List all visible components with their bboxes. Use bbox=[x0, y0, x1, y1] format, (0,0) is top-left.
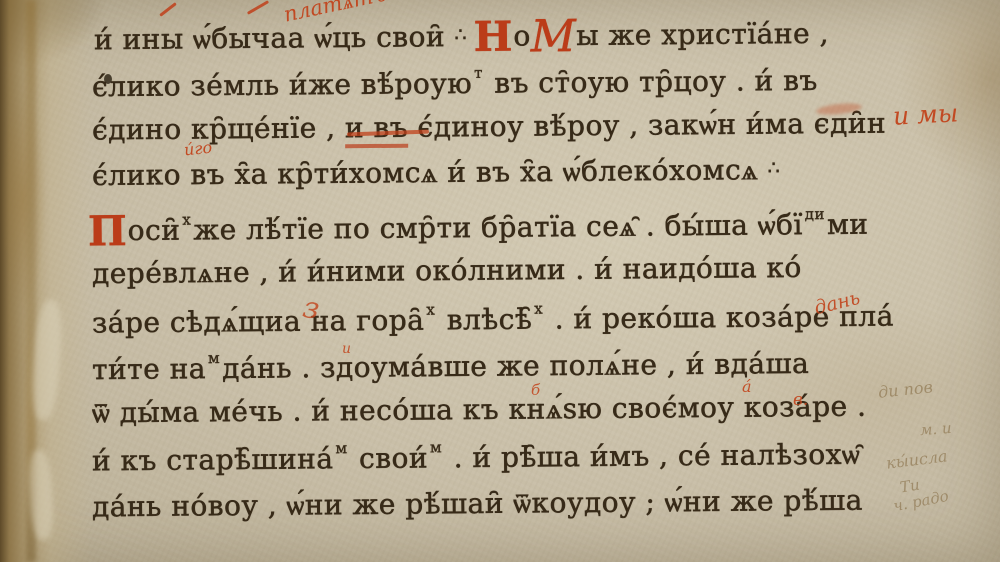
manuscript-photo: и́ ины ѡ́бычаа ѡ́ць свои̑ ∴ НоМы же хрис… bbox=[0, 0, 1000, 562]
manuscript-line-2: є́лико зе́мль и́же вѣ́роуют въ ст̑оую тр… bbox=[92, 61, 818, 103]
red-flourish-stroke bbox=[159, 2, 177, 17]
red-letter-mark: и bbox=[342, 341, 351, 357]
red-letter-mark: а́ bbox=[742, 377, 752, 396]
pen-trial-note: ди пов bbox=[877, 377, 933, 402]
line-3-segment-3: є́диноу вѣ́роу , закѡ́н и́ма єди̑н bbox=[408, 107, 886, 144]
line-10-segment-3: свои́ bbox=[350, 441, 429, 475]
line-8-segment-3: да́нь . здоума́вше же полѧ́не , и́ вда́ш… bbox=[222, 347, 809, 385]
manuscript-line-5: Поси̑хже лѣ́тїе по смр̑ти бр̑атїа сеѧ̑ .… bbox=[88, 205, 869, 253]
right-margin-red-gloss: и мы bbox=[892, 98, 959, 130]
line-1-segment-2: ∴ bbox=[454, 24, 473, 46]
manuscript-line-11: да́нь но́воу , ѡ́ни же рѣ́шаи̑ ѿкоудоу ;… bbox=[92, 484, 863, 525]
line-5-segment-4: же лѣ́тїе по смр̑ти бр̑атїа сеѧ̑ . бы́ша… bbox=[193, 208, 803, 246]
line-8-segment-1: ти́те на bbox=[92, 352, 206, 386]
line-8-segment-2: м bbox=[208, 349, 220, 367]
line-7-segment-1: за́ре сѣдѧ́щиа на гора̑ bbox=[92, 304, 425, 340]
line-1-segment-5: М bbox=[531, 11, 577, 62]
line-6-segment-1: дере́влѧне , и́ и́ними око́лними . и́ на… bbox=[92, 251, 802, 290]
line-1-segment-6: ы же христїа́не , bbox=[576, 17, 829, 52]
line-2-segment-2: т bbox=[474, 64, 483, 82]
line-10-segment-4: м bbox=[430, 438, 442, 456]
red-letter-mark: б bbox=[531, 381, 540, 399]
red-flourish-stroke bbox=[247, 0, 269, 15]
interlinear-red-gloss: и́го bbox=[183, 138, 213, 160]
manuscript-line-8: ти́те намда́нь . здоума́вше же полѧ́не ,… bbox=[92, 344, 810, 387]
line-4-segment-2: ∴ bbox=[767, 157, 780, 179]
red-letter-mark: в. bbox=[793, 390, 808, 410]
parchment-stain bbox=[0, 90, 46, 310]
line-10-segment-5: . и́ рѣ̑ша и́мъ , се́ налѣзохѡ̑ bbox=[444, 438, 860, 475]
line-2-segment-3: въ ст̑оую тр̑цоу . и́ въ bbox=[485, 64, 818, 100]
line-4-segment-1: є́лико въ х̑а кр̑ти́хомсѧ и́ въ х̑а ѡ́бл… bbox=[92, 153, 768, 192]
line-7-segment-4: х bbox=[534, 300, 543, 318]
manuscript-line-10: и́ къ старѣ̑шина́м свои́м . и́ рѣ̑ша и́м… bbox=[92, 435, 861, 479]
line-3-segment-1: є́дино кр̑ще́нїе , bbox=[92, 111, 345, 146]
manuscript-line-6: дере́влѧне , и́ и́ними око́лними . и́ на… bbox=[92, 251, 802, 291]
line-1-segment-3: Н bbox=[473, 13, 513, 61]
line-5-segment-1: П bbox=[88, 207, 128, 255]
line-5-segment-5: ди bbox=[805, 205, 825, 223]
line-1-segment-4: о bbox=[513, 19, 531, 52]
manuscript-line-4: є́лико въ х̑а кр̑ти́хомсѧ и́ въ х̑а ѡ́бл… bbox=[92, 153, 780, 193]
line-3-segment-2: и въ bbox=[345, 111, 408, 149]
line-11-segment-1: да́нь но́воу , ѡ́ни же рѣ́шаи̑ ѿкоудоу ;… bbox=[92, 484, 863, 524]
manuscript-line-7: за́ре сѣдѧ́щиа на гора̑х влѣсѣ̑х . и́ ре… bbox=[92, 297, 894, 341]
line-1-segment-1: и́ ины ѡ́бычаа ѡ́ць свои̑ bbox=[94, 20, 455, 56]
line-2-segment-1: є́лико зе́мль и́же вѣ́роую bbox=[92, 67, 472, 103]
line-5-segment-6: ми bbox=[827, 208, 869, 241]
pen-trial-note: кы́исла bbox=[885, 446, 948, 472]
manuscript-line-1: и́ ины ѡ́бычаа ѡ́ць свои̑ ∴ НоМы же хрис… bbox=[94, 13, 829, 63]
line-7-segment-2: х bbox=[426, 301, 435, 319]
pen-trial-note: м. и bbox=[919, 419, 952, 439]
line-5-segment-3: х bbox=[182, 211, 191, 229]
line-5-segment-2: оси̑ bbox=[128, 214, 181, 247]
line-10-segment-1: и́ къ старѣ̑шина́ bbox=[92, 442, 334, 477]
line-7-segment-3: влѣсѣ̑ bbox=[437, 303, 532, 337]
line-10-segment-2: м bbox=[335, 439, 347, 457]
